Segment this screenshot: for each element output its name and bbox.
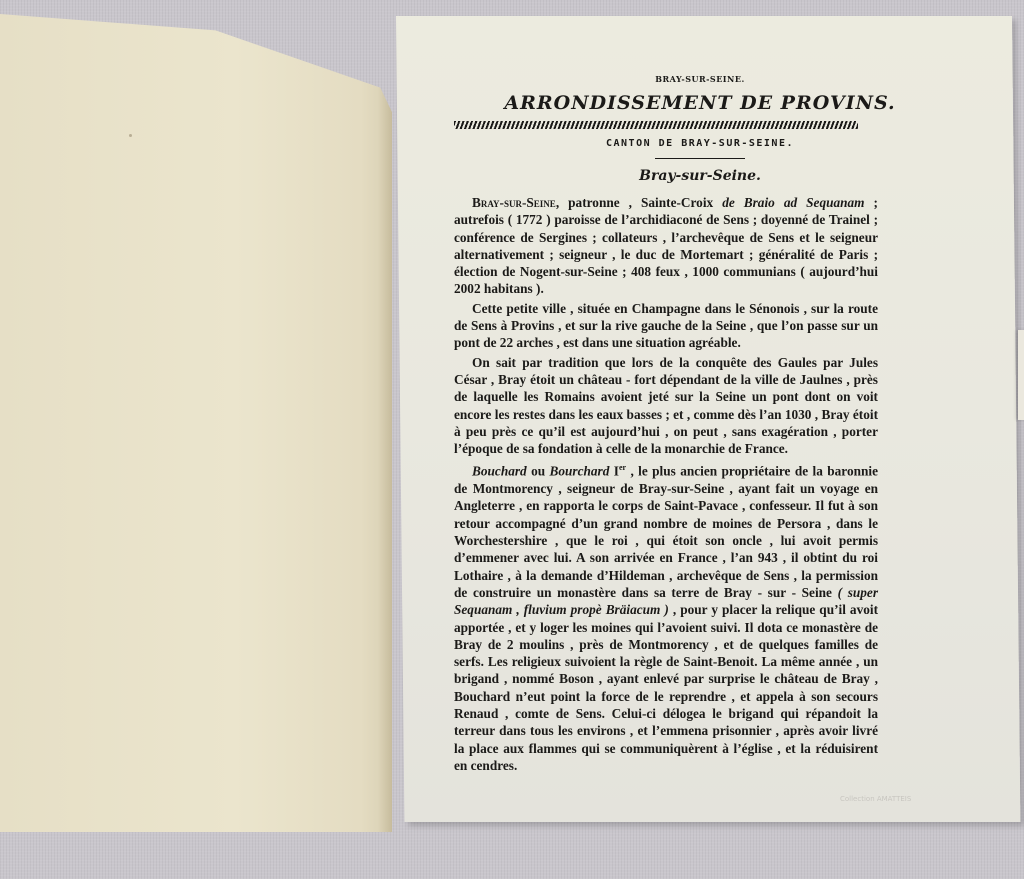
- person-name: Bourchard: [550, 464, 610, 479]
- spine-shadow: [378, 14, 392, 832]
- running-head: BRAY-SUR-SEINE.: [446, 74, 954, 84]
- paragraph-text: , pour y placer la relique qu’il avoit a…: [454, 602, 878, 773]
- paper-speck: [129, 134, 132, 137]
- left-blank-page: [0, 14, 392, 832]
- subsection-title: CANTON DE BRAY-SUR-SEINE.: [446, 138, 954, 149]
- side-paper-edge: [1018, 330, 1024, 420]
- page-content: BRAY-SUR-SEINE. ARRONDISSEMENT DE PROVIN…: [446, 62, 954, 804]
- person-name: Bouchard: [472, 464, 527, 479]
- divider-rule: [655, 158, 745, 159]
- ordinal-suffix: er: [619, 463, 626, 472]
- place-title: Bray-sur-Seine.: [446, 168, 954, 184]
- paragraph-3: On sait par tradition que lors de la con…: [454, 354, 878, 458]
- body-text: Bray-sur-Seine, patronne , Sainte-Croix …: [454, 194, 878, 774]
- show-through-text: Collection AMATTEIS: [840, 795, 911, 803]
- paragraph-text: ; autrefois ( 1772 ) paroisse de l’archi…: [454, 195, 878, 296]
- lead-term: Bray-sur-Seine: [472, 195, 556, 210]
- paragraph-text: , le plus ancien propriétaire de la baro…: [454, 464, 878, 600]
- paragraph-4: Bouchard ou Bourchard Ier , le plus anci…: [454, 459, 878, 774]
- paragraph-1: Bray-sur-Seine, patronne , Sainte-Croix …: [454, 194, 878, 298]
- ornamental-wavy-rule: [454, 121, 858, 129]
- section-title: ARRONDISSEMENT DE PROVINS.: [446, 92, 954, 114]
- paragraph-2: Cette petite ville , située en Champagne…: [454, 300, 878, 352]
- paragraph-text: ou: [527, 464, 550, 479]
- latin-name: de Braio ad Sequanam: [722, 195, 864, 210]
- paragraph-text: , patronne , Sainte-Croix: [556, 195, 722, 210]
